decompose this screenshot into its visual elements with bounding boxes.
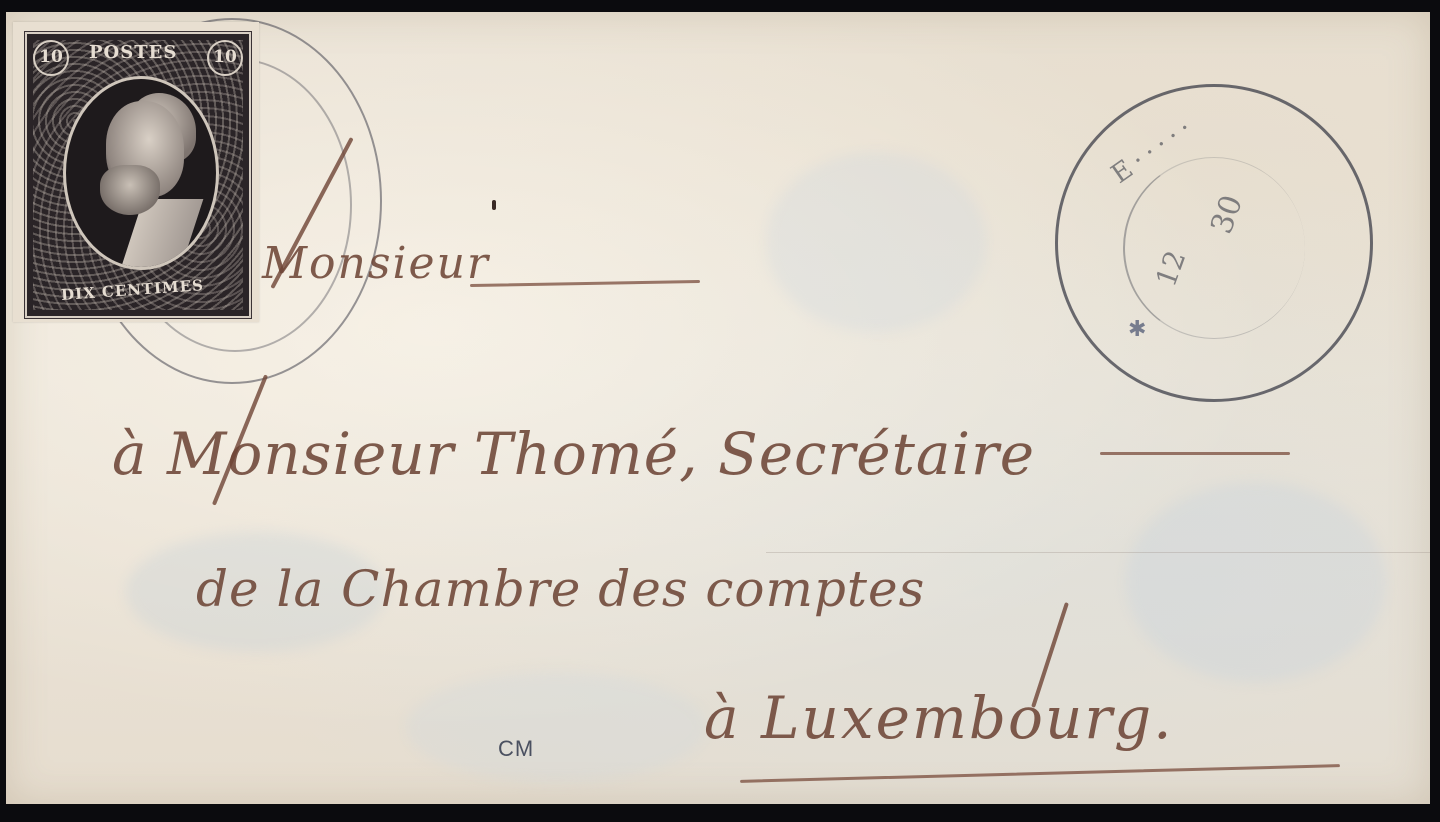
star-icon: ✱	[1128, 317, 1146, 342]
postmark-inner-ring	[1123, 157, 1305, 339]
stamp-value-right: 10	[207, 40, 243, 76]
paper-stain	[1126, 482, 1386, 682]
stamp-frame: 10 POSTES 10 DIX CENTIMES	[25, 32, 251, 318]
stamp-top-text: POSTES	[89, 42, 177, 63]
stamp-value-left: 10	[33, 40, 69, 76]
postage-stamp: 10 POSTES 10 DIX CENTIMES	[13, 22, 259, 322]
ink-dot	[492, 200, 496, 210]
circular-postmark: E····· 30 12 ✱	[1055, 84, 1373, 402]
paper-stain	[766, 152, 986, 332]
portrait-beard	[100, 165, 160, 215]
flourish-line	[1100, 452, 1290, 455]
stamp-portrait	[63, 76, 219, 270]
pencil-annotation: CM	[498, 736, 534, 762]
paper-stain	[406, 672, 706, 782]
address-line-2: à Monsieur Thomé, Secrétaire	[112, 420, 1035, 488]
address-line-3: de la Chambre des comptes	[196, 560, 925, 618]
fold-crease	[766, 552, 1430, 553]
address-line-4: à Luxembourg.	[704, 684, 1174, 752]
